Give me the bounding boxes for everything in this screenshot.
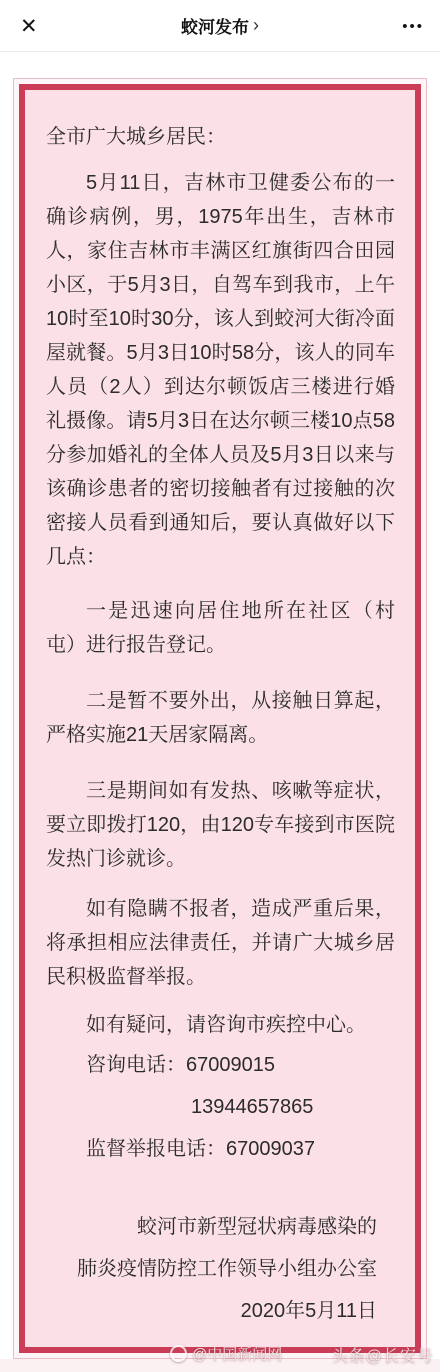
signature-line: 蛟河市新型冠状病毒感染的: [46, 1210, 377, 1244]
notice-paragraph: 如有隐瞒不报者，造成严重后果，将承担相应法律责任，并请广大城乡居民积极监督举报。: [46, 892, 395, 994]
notice-paragraph: 二是暂不要外出，从接触日算起，严格实施21天居家隔离。: [46, 684, 395, 752]
signature-line: 肺炎疫情防控工作领导小组办公室: [46, 1252, 377, 1286]
notice-outer-frame: 全市广大城乡居民： 5月11日，吉林市卫健委公布的一确诊病例，男，1975年出生…: [13, 78, 427, 1359]
notice-paragraph: 三是期间如有发热、咳嗽等症状，要立即拨打120，由120专车接到市医院发热门诊就…: [46, 774, 395, 876]
notice-paragraph: 如有疑问，请咨询市疾控中心。: [46, 1008, 395, 1042]
account-title-button[interactable]: 蛟河发布 ›: [181, 13, 259, 38]
notice-image: 全市广大城乡居民： 5月11日，吉林市卫健委公布的一确诊病例，男，1975年出生…: [0, 52, 440, 1372]
notice-salutation: 全市广大城乡居民：: [46, 120, 395, 154]
more-menu-icon[interactable]: •••: [384, 0, 424, 52]
close-icon[interactable]: ✕: [20, 0, 56, 52]
consult-phone-line-2: 13944657865: [46, 1090, 395, 1124]
notice-paragraph: 5月11日，吉林市卫健委公布的一确诊病例，男，1975年出生，吉林市人，家住吉林…: [46, 166, 395, 574]
consult-phone-line: 咨询电话：67009015: [46, 1048, 395, 1082]
notice-body: 全市广大城乡居民： 5月11日，吉林市卫健委公布的一确诊病例，男，1975年出生…: [25, 90, 415, 1347]
page-title: 蛟河发布: [181, 13, 249, 38]
chevron-right-icon: ›: [253, 16, 259, 34]
notice-red-card: 全市广大城乡居民： 5月11日，吉林市卫健委公布的一确诊病例，男，1975年出生…: [19, 84, 421, 1353]
navbar: ✕ 蛟河发布 › •••: [0, 0, 440, 52]
image-bottom-strip: [0, 1359, 440, 1372]
notice-paragraph: 一是迅速向居住地所在社区（村屯）进行报告登记。: [46, 594, 395, 662]
signature-date: 2020年5月11日: [46, 1294, 377, 1328]
signature-block: 蛟河市新型冠状病毒感染的 肺炎疫情防控工作领导小组办公室 2020年5月11日: [46, 1210, 395, 1328]
report-phone-line: 监督举报电话：67009037: [46, 1132, 395, 1166]
